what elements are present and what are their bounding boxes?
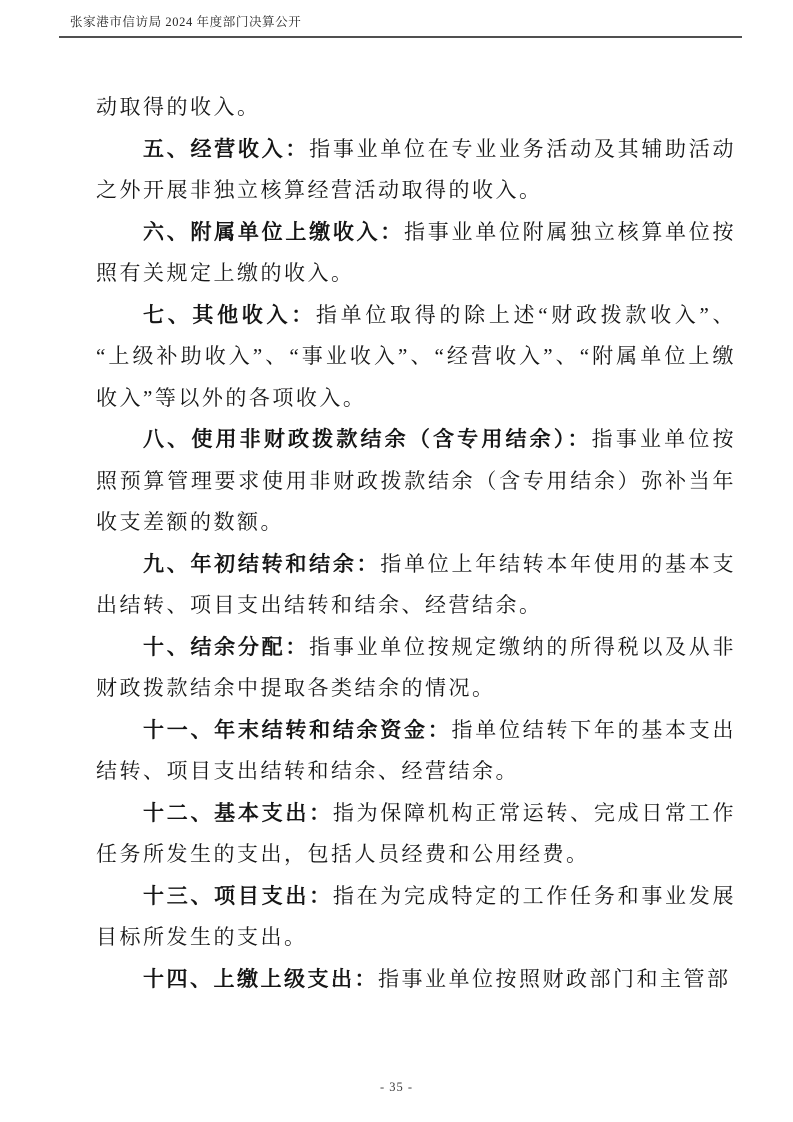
paragraph: 十二、基本支出：指为保障机构正常运转、完成日常工作任务所发生的支出，包括人员经费… xyxy=(96,793,736,876)
paragraph: 动取得的收入。 xyxy=(96,87,736,129)
header-title: 张家港市信访局 2024 年度部门决算公开 xyxy=(70,15,301,29)
page-header: 张家港市信访局 2024 年度部门决算公开 xyxy=(59,12,742,38)
paragraph-lead: 十一、年末结转和结余资金： xyxy=(143,718,451,742)
paragraph-lead: 九、年初结转和结余： xyxy=(143,552,380,576)
paragraph-text: 指事业单位按照财政部门和主管部 xyxy=(378,967,731,991)
paragraph: 十三、项目支出：指在为完成特定的工作任务和事业发展目标所发生的支出。 xyxy=(96,876,736,959)
paragraph: 九、年初结转和结余：指单位上年结转本年使用的基本支出结转、项目支出结转和结余、经… xyxy=(96,544,736,627)
paragraph: 六、附属单位上缴收入：指事业单位附属独立核算单位按照有关规定上缴的收入。 xyxy=(96,212,736,295)
page-footer: - 35 - xyxy=(0,1080,793,1095)
paragraph: 十、结余分配：指事业单位按规定缴纳的所得税以及从非财政拨款结余中提取各类结余的情… xyxy=(96,627,736,710)
paragraph-lead: 六、附属单位上缴收入： xyxy=(143,220,404,244)
paragraph-lead: 十三、项目支出： xyxy=(143,884,333,908)
paragraph-text: 动取得的收入。 xyxy=(96,95,261,119)
paragraph: 七、其他收入：指单位取得的除上述“财政拨款收入”、“上级补助收入”、“事业收入”… xyxy=(96,295,736,420)
paragraph: 十四、上缴上级支出：指事业单位按照财政部门和主管部 xyxy=(96,959,736,1001)
paragraph-lead: 十四、上缴上级支出： xyxy=(143,967,378,991)
paragraph-lead: 五、经营收入： xyxy=(143,137,309,161)
paragraph-lead: 八、使用非财政拨款结余（含专用结余）： xyxy=(143,427,592,451)
document-body: 动取得的收入。五、经营收入：指事业单位在专业业务活动及其辅助活动之外开展非独立核… xyxy=(96,87,736,1000)
paragraph: 八、使用非财政拨款结余（含专用结余）：指事业单位按照预算管理要求使用非财政拨款结… xyxy=(96,419,736,544)
document-page: 张家港市信访局 2024 年度部门决算公开 动取得的收入。五、经营收入：指事业单… xyxy=(0,0,793,1122)
paragraph: 五、经营收入：指事业单位在专业业务活动及其辅助活动之外开展非独立核算经营活动取得… xyxy=(96,129,736,212)
page-number: - 35 - xyxy=(380,1080,413,1094)
paragraph-lead: 十、结余分配： xyxy=(143,635,309,659)
paragraph: 十一、年末结转和结余资金：指单位结转下年的基本支出结转、项目支出结转和结余、经营… xyxy=(96,710,736,793)
paragraph-lead: 十二、基本支出： xyxy=(143,801,333,825)
paragraph-lead: 七、其他收入： xyxy=(143,303,316,327)
